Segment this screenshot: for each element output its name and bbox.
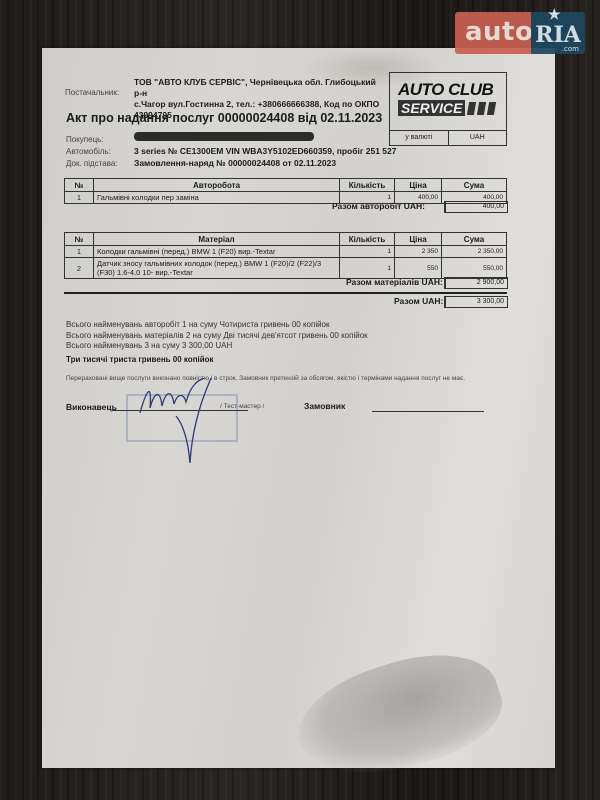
supplier-label: Постачальник: [65,88,119,97]
table-row: 2 Датчик зносу гальмівних колодок (перед… [65,258,507,279]
logo-bar-icon [487,102,496,115]
currency-value: UAH [449,131,507,145]
watermark-ria-text: ★ RIA .com [531,12,585,54]
buyer-redacted [134,132,314,141]
row-no: 1 [65,192,94,204]
currency-label: у валюті [390,131,449,145]
col-material: Матеріал [94,233,340,246]
row-name: Колодки гальмівні (перед.) BMW 1 (F20) в… [94,246,340,258]
doc-basis-label: Док. підстава: [66,159,118,168]
car-value: 3 series № CE1300EM VIN WBA3Y5102ED66035… [134,146,396,156]
col-no: № [65,233,94,246]
works-table: № Автоpобота Кількість Ціна Сума 1 Гальм… [64,178,507,204]
col-qty: Кількість [340,233,395,246]
watermark-com: .com [562,45,579,53]
table-row: 1 Колодки гальмівні (перед.) BMW 1 (F20)… [65,246,507,258]
invoice-paper: Постачальник: ТОВ "АВТО КЛУБ СЕРВІС", Че… [42,48,555,768]
amount-in-words: Три тисячі триста гривень 00 копійок [66,355,214,364]
grand-total-value: 3 300,00 [444,296,508,308]
grand-total-label: Разом UAH: [394,296,443,306]
row-no: 1 [65,246,94,258]
col-price: Ціна [395,233,442,246]
doc-basis-value: Замовлення-наряд № 00000024408 от 02.11.… [134,158,336,168]
summary-block: Всього найменувань автоpобіт 1 на суму Ч… [66,320,368,352]
buyer-label: Покупець: [66,135,104,144]
car-label: Автомобіль: [66,147,111,156]
materials-table: № Матеріал Кількість Ціна Сума 1 Колодки… [64,232,507,279]
customer-signature-line [372,411,484,412]
row-qty: 1 [340,246,395,258]
col-qty: Кількість [340,179,395,192]
divider [64,292,507,294]
row-no: 2 [65,258,94,279]
row-price: 2 350 [395,246,442,258]
summary-line: Всього найменувань матеріалів 2 на суму … [66,331,368,342]
logo-bar-icon [467,102,476,115]
signature-icon [132,378,242,468]
materials-total-label: Разом матеріалів UAH: [346,277,443,287]
row-sum: 2 350,00 [442,246,507,258]
col-price: Ціна [395,179,442,192]
row-name: Датчик зносу гальмівних колодок (перед.)… [94,258,340,279]
executor-label: Виконавець [66,402,117,412]
col-work: Автоpобота [94,179,340,192]
supplier-line: с.Чагор вул.Гостинна 2, тел.: +380666666… [134,99,384,110]
summary-line: Всього найменувань 3 на суму 3 300,00 UA… [66,341,368,352]
logo-line2: SERVICE [398,100,465,116]
works-total-value: 400,00 [444,201,508,213]
logo-bar-icon [477,102,486,115]
col-sum: Сума [442,179,507,192]
supplier-line: ТОВ "АВТО КЛУБ СЕРВІС", Чернівецька обл.… [134,77,384,99]
row-price: 550 [395,258,442,279]
star-icon: ★ [548,8,561,22]
row-name: Гальмівні колодки пер заміна [94,192,340,204]
works-total-label: Разом автоpобіт UAH: [332,201,425,211]
paper-stain-bottom [286,634,513,797]
col-no: № [65,179,94,192]
row-qty: 1 [340,258,395,279]
summary-line: Всього найменувань автоpобіт 1 на суму Ч… [66,320,368,331]
customer-label: Замовник [304,401,345,411]
document-title: Акт про надання послуг 00000024408 від 0… [66,111,382,125]
watermark-auto-text: auto [455,12,531,54]
logo-line1: AUTO CLUB [398,81,495,98]
table-row: 1 Гальмівні колодки пер заміна 1 400,00 … [65,192,507,204]
autoria-watermark: auto ★ RIA .com [455,12,585,54]
auto-club-service-logo: AUTO CLUB SERVICE у валюті UAH [389,72,507,146]
materials-total-value: 2 900,00 [444,277,508,289]
row-sum: 550,00 [442,258,507,279]
acceptance-note: Перераховані вище послуги виконано повні… [66,375,496,384]
col-sum: Сума [442,233,507,246]
